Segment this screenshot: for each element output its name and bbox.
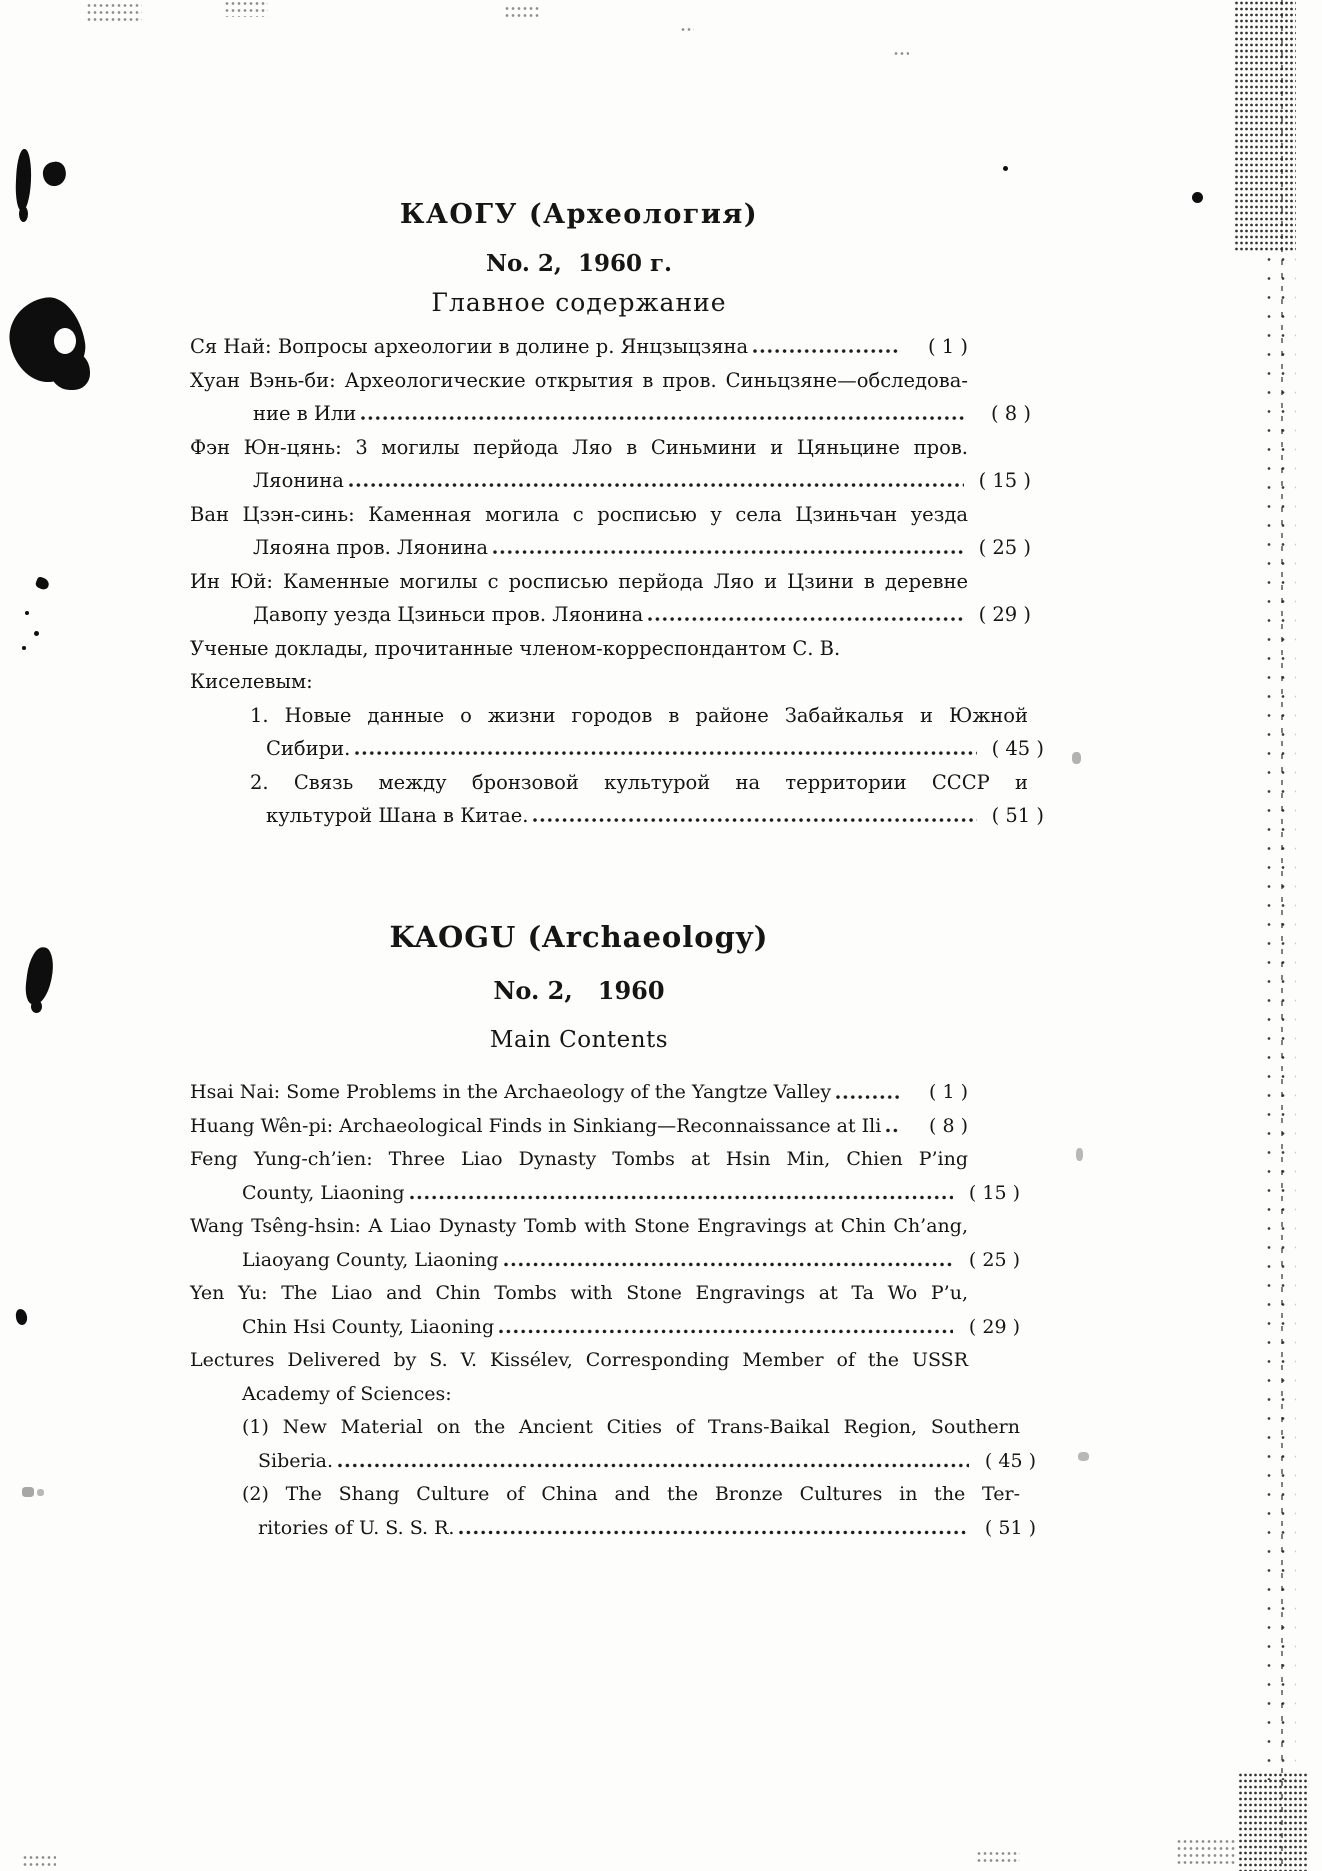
toc-line: Ся Най: Вопросы археологии в долине р. Я… [190, 330, 968, 364]
toc-text: Siberia. [258, 1445, 333, 1479]
toc-line: 2. Связь между бронзовой культурой на те… [190, 766, 1028, 800]
ink-dot [1192, 192, 1203, 203]
page-number: ( 15 ) [958, 1177, 1020, 1211]
ink-streak [14, 149, 32, 212]
scanned-document-page: КАОГУ (Археология) No. 2, 1960 г. Главно… [0, 0, 1322, 1871]
dot-leader [458, 1512, 969, 1546]
toc-line: 1. Новые данные о жизни городов в районе… [190, 699, 1028, 733]
dot-leader [409, 1177, 953, 1211]
english-toc: Hsai Nai: Some Problems in the Archaeolo… [190, 1076, 968, 1545]
ink-blob-comma-tail [31, 1000, 42, 1013]
ink-speck [34, 576, 50, 591]
scan-noise [893, 50, 909, 59]
toc-line: Siberia. ( 45 ) [190, 1445, 1036, 1479]
pencil-mark [1072, 752, 1081, 764]
english-journal-title: KAOGU (Archaeology) [190, 920, 968, 954]
russian-toc: Ся Най: Вопросы археологии в долине р. Я… [190, 330, 968, 833]
toc-line: Давопу уезда Цзиньси пров. Ляонина ( 29 … [190, 598, 1031, 632]
toc-text: Chin Hsi County, Liaoning [242, 1311, 494, 1345]
page-number: ( 51 ) [982, 799, 1044, 833]
dot-leader [354, 732, 977, 766]
toc-section-heading: Ученые доклады, прочитанные членом-корре… [190, 632, 968, 699]
pencil-mark [22, 1487, 34, 1497]
toc-section-heading: Lectures Delivered by S. V. Kissélev, Co… [190, 1344, 968, 1378]
toc-text: Ляояна пров. Ляонина [253, 531, 488, 565]
ink-speck [15, 1308, 28, 1325]
ink-streak-tail [19, 206, 28, 222]
scan-noise [86, 2, 142, 24]
toc-text: культурой Шана в Китае. [266, 799, 528, 833]
page-number: ( 1 ) [906, 1076, 968, 1110]
ink-speck [25, 611, 29, 615]
toc-line: Feng Yung-ch’ien: Three Liao Dynasty Tom… [190, 1143, 968, 1177]
page-number: ( 1 ) [906, 330, 968, 364]
dot-leader [752, 330, 901, 364]
ink-splotch-lobe [50, 350, 90, 390]
russian-issue-number: No. 2, 1960 г. [190, 250, 968, 277]
dot-leader [885, 1110, 901, 1144]
ink-speck [34, 631, 39, 636]
toc-text: ritories of U. S. S. R. [258, 1512, 454, 1546]
toc-section-heading: Academy of Sciences: [190, 1378, 1020, 1412]
russian-journal-title: КАОГУ (Археология) [190, 199, 968, 230]
toc-text: Huang Wên-pi: Archaeological Finds in Si… [190, 1110, 881, 1144]
dot-leader [647, 598, 964, 632]
dot-leader [492, 531, 964, 565]
toc-line: (2) The Shang Culture of China and the B… [190, 1478, 1020, 1512]
toc-text: Ся Най: Вопросы археологии в долине р. Я… [190, 330, 748, 364]
toc-text: Hsai Nai: Some Problems in the Archaeolo… [190, 1076, 831, 1110]
dot-leader [532, 799, 977, 833]
scan-noise [680, 26, 694, 35]
ink-blob-comma [24, 946, 56, 1007]
ink-speck [22, 646, 26, 650]
dot-leader [337, 1445, 969, 1479]
ink-splotch-hole [54, 328, 76, 354]
page-number: ( 15 ) [969, 464, 1031, 498]
page-number: ( 45 ) [982, 732, 1044, 766]
scan-noise [224, 0, 268, 17]
ink-blob [41, 160, 68, 188]
toc-line: Yen Yu: The Liao and Chin Tombs with Sto… [190, 1277, 968, 1311]
toc-line: Wang Tsêng-hsin: A Liao Dynasty Tomb wit… [190, 1210, 968, 1244]
toc-line: ние в Или ( 8 ) [190, 397, 1031, 431]
toc-line: Ван Цзэн-синь: Каменная могила с роспись… [190, 498, 968, 532]
page-number: ( 29 ) [969, 598, 1031, 632]
scan-noise-band [1234, 0, 1296, 252]
toc-line: Huang Wên-pi: Archaeological Finds in Si… [190, 1110, 968, 1144]
toc-text: Сибири. [266, 732, 350, 766]
page-number: ( 45 ) [974, 1445, 1036, 1479]
ink-splotch [6, 292, 98, 398]
scan-noise-band [1262, 250, 1296, 1780]
english-contents-heading: Main Contents [190, 1027, 968, 1053]
toc-line: ritories of U. S. S. R. ( 51 ) [190, 1512, 1036, 1546]
ink-dot [1003, 166, 1008, 171]
toc-line: Hsai Nai: Some Problems in the Archaeolo… [190, 1076, 968, 1110]
toc-line: Ляояна пров. Ляонина ( 25 ) [190, 531, 1031, 565]
toc-text: Давопу уезда Цзиньси пров. Ляонина [253, 598, 643, 632]
toc-text: ние в Или [253, 397, 356, 431]
scan-noise-band [1238, 1772, 1308, 1871]
toc-line: культурой Шана в Китае. ( 51 ) [190, 799, 1044, 833]
pencil-mark [1078, 1452, 1089, 1461]
page-number: ( 8 ) [906, 1110, 968, 1144]
scan-noise [1176, 1838, 1236, 1868]
dot-leader [348, 464, 964, 498]
dot-leader [498, 1311, 953, 1345]
toc-line: Фэн Юн-цянь: 3 могилы перйода Ляо в Синь… [190, 431, 968, 465]
toc-line: Хуан Вэнь-би: Археологические открытия в… [190, 364, 968, 398]
toc-line: (1) New Material on the Ancient Cities o… [190, 1411, 1020, 1445]
toc-line: Сибири. ( 45 ) [190, 732, 1044, 766]
page-number: ( 51 ) [974, 1512, 1036, 1546]
toc-text: Ляонина [253, 464, 344, 498]
scan-noise [504, 5, 540, 20]
page-number: ( 8 ) [969, 397, 1031, 431]
scan-edge-line [1281, 0, 1283, 1871]
toc-line: Ин Юй: Каменные могилы с росписью перйод… [190, 565, 968, 599]
page-number: ( 25 ) [958, 1244, 1020, 1278]
pencil-mark [1076, 1148, 1083, 1161]
dot-leader [503, 1244, 953, 1278]
dot-leader [360, 397, 964, 431]
toc-text: County, Liaoning [242, 1177, 405, 1211]
english-issue-number: No. 2, 1960 [190, 976, 968, 1005]
dot-leader [835, 1076, 901, 1110]
toc-line: Liaoyang County, Liaoning ( 25 ) [190, 1244, 1020, 1278]
toc-line: Ляонина ( 15 ) [190, 464, 1031, 498]
page-number: ( 29 ) [958, 1311, 1020, 1345]
pencil-mark [37, 1489, 44, 1496]
toc-text: Liaoyang County, Liaoning [242, 1244, 499, 1278]
russian-contents-heading: Главное содержание [190, 288, 968, 317]
scan-noise [22, 1854, 56, 1868]
toc-line: Chin Hsi County, Liaoning ( 29 ) [190, 1311, 1020, 1345]
scan-noise [976, 1850, 1020, 1864]
toc-line: County, Liaoning ( 15 ) [190, 1177, 1020, 1211]
page-number: ( 25 ) [969, 531, 1031, 565]
